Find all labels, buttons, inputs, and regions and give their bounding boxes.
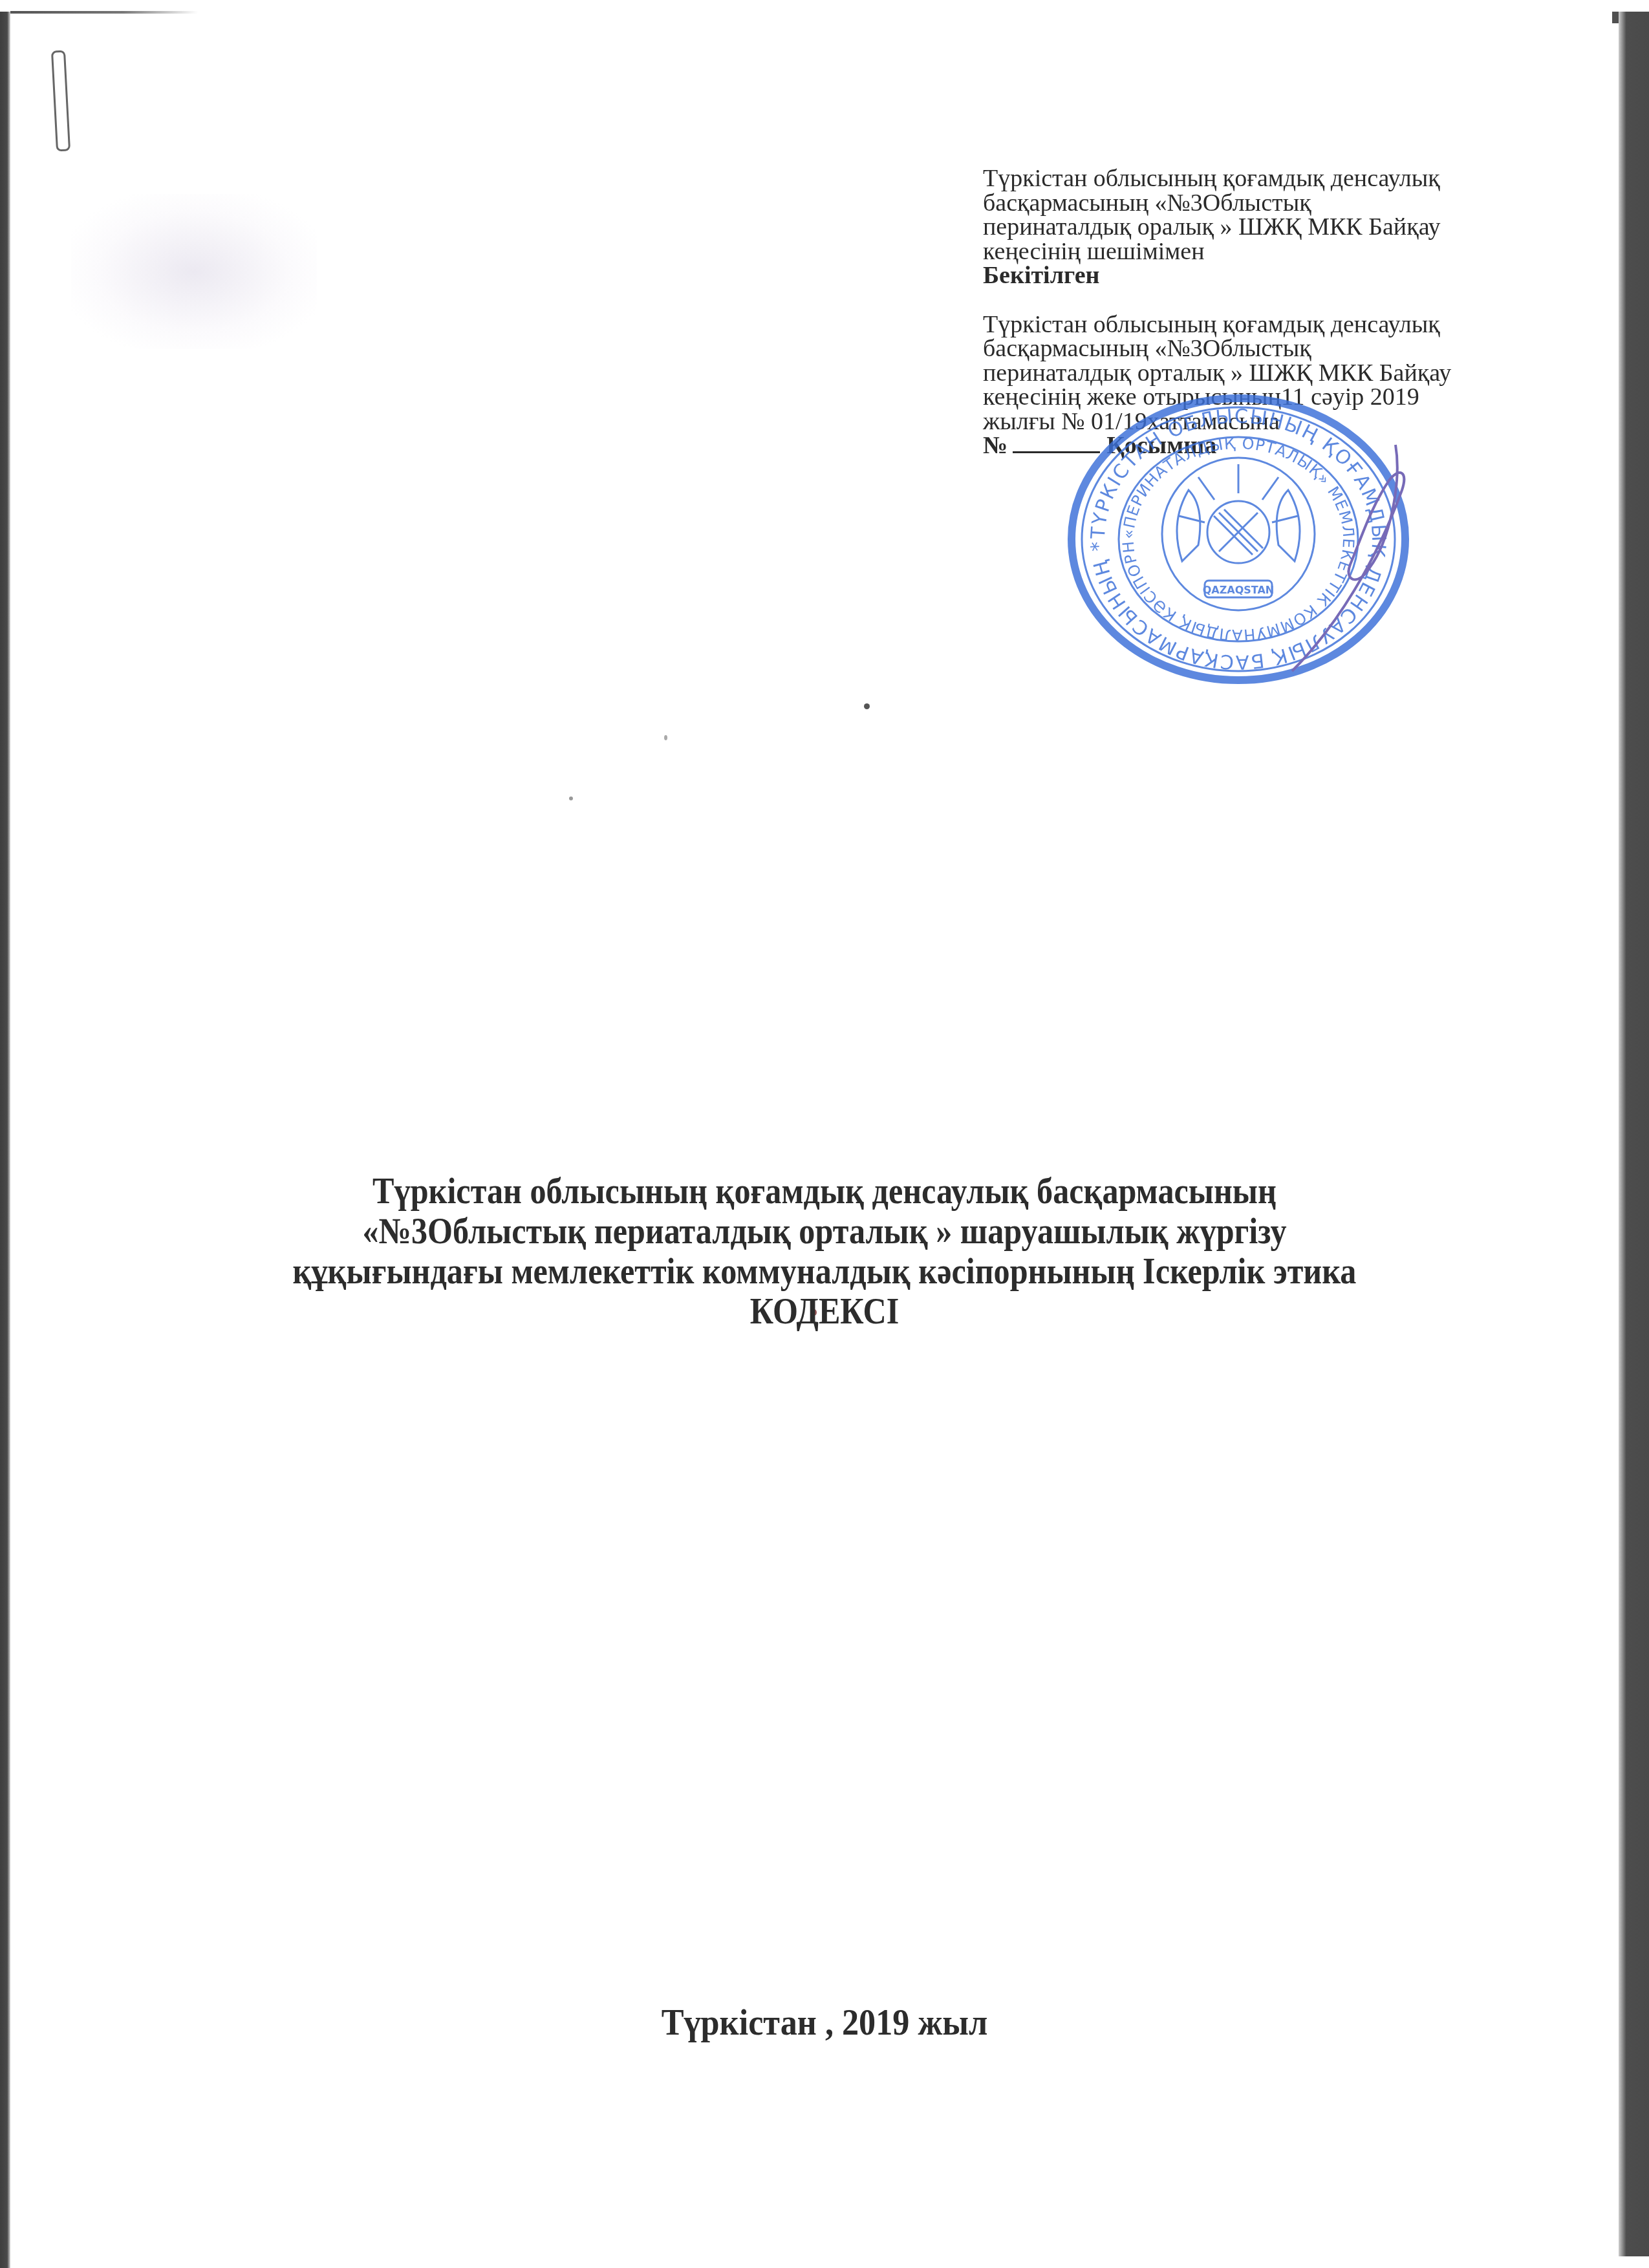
appendix-label: Қосымша bbox=[1106, 432, 1216, 459]
scan-edge-right bbox=[1619, 12, 1649, 2256]
protocol-line-5: жылғы № 01/19хаттамасына bbox=[983, 410, 1513, 434]
spacer bbox=[983, 288, 1513, 313]
protocol-line-2: басқармасының «№3Облыстық bbox=[983, 337, 1513, 361]
decision-line-3: перинаталдық оралық » ШЖҚ МКК Байқау bbox=[983, 215, 1513, 240]
number-sign: № bbox=[983, 432, 1008, 459]
signature bbox=[1292, 445, 1404, 671]
protocol-line-3: перинаталдық орталық » ШЖҚ МКК Байқау bbox=[983, 361, 1513, 386]
title-line-3: құқығындағы мемлекеттік коммуналдық кәсі… bbox=[99, 1252, 1550, 1292]
decision-line-4: кеңесінің шешімімен bbox=[983, 240, 1513, 264]
protocol-line-1: Түркістан облысының қоғамдық денсаулық bbox=[983, 313, 1513, 337]
approved-label: Бекітілген bbox=[983, 264, 1513, 288]
scan-edge-top bbox=[10, 11, 198, 14]
place-and-year: Түркістан , 2019 жыл bbox=[83, 2002, 1567, 2043]
approval-block: Түркістан облысының қоғамдық денсаулық б… bbox=[983, 167, 1513, 458]
title-line-1: Түркістан облысының қоғамдық денсаулық б… bbox=[99, 1171, 1550, 1212]
bleed-through-smudge bbox=[71, 194, 317, 349]
decision-line-2: басқармасының «№3Облыстық bbox=[983, 191, 1513, 216]
document-title: Түркістан облысының қоғамдық денсаулық б… bbox=[99, 1171, 1550, 1332]
coat-of-arms-icon bbox=[1162, 458, 1315, 610]
title-line-4: КОДЕКСІ bbox=[99, 1292, 1550, 1332]
decision-line-1: Түркістан облысының қоғамдық денсаулық bbox=[983, 167, 1513, 191]
appendix-line: №Қосымша bbox=[983, 434, 1513, 458]
speck bbox=[569, 797, 573, 800]
stamp-center-text: QAZAQSTAN bbox=[1203, 584, 1275, 596]
protocol-line-4: кеңесінің жеке отырысының11 сәуір 2019 bbox=[983, 385, 1513, 410]
scan-edge-left bbox=[0, 12, 10, 2268]
title-line-2: «№3Облыстық периаталдық орталық » шаруаш… bbox=[99, 1212, 1550, 1252]
appendix-number-blank bbox=[1013, 451, 1100, 453]
speck bbox=[864, 703, 870, 709]
staple-mark bbox=[51, 50, 70, 152]
speck bbox=[664, 735, 667, 740]
